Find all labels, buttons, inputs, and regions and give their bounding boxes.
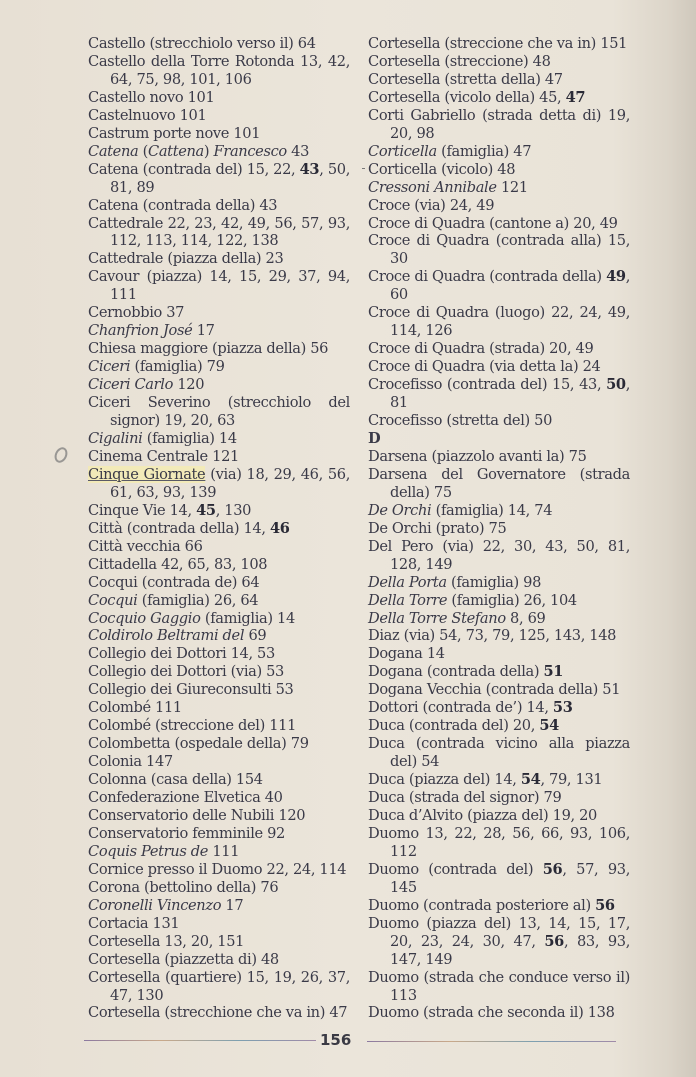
entry-text: (famiglia) 14 bbox=[142, 430, 236, 447]
main-page-reference: 50 bbox=[606, 376, 626, 393]
index-entry: Duca (contrada del) 20, 54 bbox=[368, 717, 630, 735]
index-entry: Del Pero (via) 22, 30, 43, 50, 81, 128, … bbox=[368, 538, 630, 574]
person-name: Cattena bbox=[148, 143, 204, 160]
index-entry: Colombé (streccione del) 111 bbox=[88, 717, 350, 735]
entry-text: Cinque Vie 14, bbox=[88, 502, 196, 519]
entry-text: Cortesella (stretta della) 47 bbox=[368, 71, 563, 88]
entry-text: Cattedrale 22, 23, 42, 49, 56, 57, 93, 1… bbox=[88, 215, 350, 250]
main-page-reference: 45 bbox=[196, 502, 216, 519]
entry-text: Collegio dei Dottori 14, 53 bbox=[88, 645, 275, 662]
index-entry: Cocquio Gaggio (famiglia) 14 bbox=[88, 610, 350, 628]
index-entry: Cocqui (famiglia) 26, 64 bbox=[88, 592, 350, 610]
index-entry: Corti Gabriello (strada detta di) 19, 20… bbox=[368, 107, 630, 143]
entry-text: Città (contrada della) 14, bbox=[88, 520, 270, 537]
entry-text: Del Pero (via) 22, 30, 43, 50, 81, 128, … bbox=[368, 538, 630, 573]
person-name: Corticella bbox=[368, 143, 437, 160]
entry-text: Cernobbio 37 bbox=[88, 304, 184, 321]
index-entry: Collegio dei Dottori (via) 53 bbox=[88, 663, 350, 681]
entry-text: Cortesella 13, 20, 151 bbox=[88, 933, 244, 950]
entry-text: Confederazione Elvetica 40 bbox=[88, 789, 283, 806]
page-number: 156 bbox=[320, 1031, 351, 1049]
entry-text: Croce di Quadra (via detta la) 24 bbox=[368, 358, 600, 375]
entry-text: Cortesella (piazzetta di) 48 bbox=[88, 951, 279, 968]
index-entry: Colombé 111 bbox=[88, 699, 350, 717]
index-entry: Della Torre Stefano 8, 69 bbox=[368, 610, 630, 628]
index-entry: Croce di Quadra (via detta la) 24 bbox=[368, 358, 630, 376]
index-entry: Diaz (via) 54, 73, 79, 125, 143, 148 bbox=[368, 627, 630, 645]
entry-text: Dogana 14 bbox=[368, 645, 445, 662]
entry-text: , 130 bbox=[216, 502, 251, 519]
index-entry: Croce di Quadra (contrada della) 49, 60 bbox=[368, 268, 630, 304]
entry-text: Duomo (strada che seconda il) 138 bbox=[368, 1004, 615, 1021]
entry-text: Duomo (strada che conduce verso il) 113 bbox=[368, 969, 630, 1004]
person-name: Francesco bbox=[214, 143, 287, 160]
index-entry: Cortacia 131 bbox=[88, 915, 350, 933]
person-name: Cressoni Annibale bbox=[368, 179, 497, 196]
index-entry: Cigalini (famiglia) 14 bbox=[88, 430, 350, 448]
entry-text: Cortesella (strecchione che va in) 47 bbox=[88, 1004, 347, 1021]
entry-text: (famiglia) 26, 104 bbox=[447, 592, 577, 609]
index-entry: Della Porta (famiglia) 98 bbox=[368, 574, 630, 592]
index-entry: Castrum porte nove 101 bbox=[88, 125, 350, 143]
entry-text: Corti Gabriello (strada detta di) 19, 20… bbox=[368, 107, 630, 142]
index-entry: Croce di Quadra (cantone a) 20, 49 bbox=[368, 215, 630, 233]
entry-text: Duomo (contrada posteriore al) bbox=[368, 897, 595, 914]
index-entry: Croce di Quadra (luogo) 22, 24, 49, 114,… bbox=[368, 304, 630, 340]
index-entry: Cornice presso il Duomo 22, 24, 114 bbox=[88, 861, 350, 879]
index-entry: De Orchi (prato) 75 bbox=[368, 520, 630, 538]
entry-text: Castello novo 101 bbox=[88, 89, 214, 106]
index-entry: Catena (contrada del) 15, 22, 43, 50, 81… bbox=[88, 161, 350, 197]
entry-text: Duca d’Alvito (piazza del) 19, 20 bbox=[368, 807, 597, 824]
entry-text: Corticella (vicolo) 48 bbox=[368, 161, 515, 178]
entry-text: Croce di Quadra (cantone a) 20, 49 bbox=[368, 215, 618, 232]
index-entry: Confederazione Elvetica 40 bbox=[88, 789, 350, 807]
index-entry: Dogana Vecchia (contrada della) 51 bbox=[368, 681, 630, 699]
entry-text: Colombé (streccione del) 111 bbox=[88, 717, 296, 734]
person-name: Cocquio Gaggio bbox=[88, 610, 201, 627]
entry-text: 17 bbox=[192, 322, 214, 339]
index-entry: Catena (contrada della) 43 bbox=[88, 197, 350, 215]
index-entry: Duca (contrada vicino alla piazza del) 5… bbox=[368, 735, 630, 771]
entry-text: Castello (strecchiolo verso il) 64 bbox=[88, 35, 316, 52]
index-entry: Duca d’Alvito (piazza del) 19, 20 bbox=[368, 807, 630, 825]
entry-text: Duca (strada del signor) 79 bbox=[368, 789, 561, 806]
index-entry: Corticella (famiglia) 47 bbox=[368, 143, 630, 161]
entry-text: (famiglia) 47 bbox=[437, 143, 531, 160]
index-entry: Corona (bettolino della) 76 bbox=[88, 879, 350, 897]
entry-text: Croce (via) 24, 49 bbox=[368, 197, 494, 214]
main-page-reference: 51 bbox=[544, 663, 564, 680]
entry-text: Ciceri Severino (strecchiolo del signor)… bbox=[88, 394, 350, 429]
entry-text: Conservatorio femminile 92 bbox=[88, 825, 285, 842]
index-entry: Corticella (vicolo) 48 bbox=[368, 161, 630, 179]
main-page-reference: 49 bbox=[606, 268, 626, 285]
entry-text: Castelnuovo 101 bbox=[88, 107, 206, 124]
person-name: Coquis Petrus de bbox=[88, 843, 208, 860]
entry-text: (famiglia) 26, 64 bbox=[137, 592, 258, 609]
index-entry: Conservatorio delle Nubili 120 bbox=[88, 807, 350, 825]
index-entry: Ciceri Severino (strecchiolo del signor)… bbox=[88, 394, 350, 430]
entry-text: , 79, 131 bbox=[540, 771, 602, 788]
index-entry: Cortesella (streccione che va in) 151 bbox=[368, 35, 630, 53]
index-entry: Cinque Giornate (via) 18, 29, 46, 56, 61… bbox=[88, 466, 350, 502]
index-entry: Cinema Centrale 121 bbox=[88, 448, 350, 466]
entry-text: Colonna (casa della) 154 bbox=[88, 771, 263, 788]
entry-text: Cocqui (contrada de) 64 bbox=[88, 574, 259, 591]
index-entry: Crocefisso (stretta del) 50 bbox=[368, 412, 630, 430]
index-entry: Cortesella (piazzetta di) 48 bbox=[88, 951, 350, 969]
entry-text: Duomo (contrada del) bbox=[368, 861, 543, 878]
entry-text: Dogana Vecchia (contrada della) 51 bbox=[368, 681, 620, 698]
main-page-reference: 47 bbox=[566, 89, 586, 106]
index-entry: Dogana 14 bbox=[368, 645, 630, 663]
entry-text: Cortesella (streccione che va in) 151 bbox=[368, 35, 627, 52]
entry-text: Collegio dei Giureconsulti 53 bbox=[88, 681, 294, 698]
entry-text: Cattedrale (piazza della) 23 bbox=[88, 250, 283, 267]
entry-text: Cortesella (streccione) 48 bbox=[368, 53, 551, 70]
entry-text: De Orchi (prato) 75 bbox=[368, 520, 506, 537]
entry-text: Chiesa maggiore (piazza della) 56 bbox=[88, 340, 328, 357]
index-entry: Cattedrale 22, 23, 42, 49, 56, 57, 93, 1… bbox=[88, 215, 350, 251]
index-entry: Duca (strada del signor) 79 bbox=[368, 789, 630, 807]
index-entry: Cortesella (quartiere) 15, 19, 26, 37, 4… bbox=[88, 969, 350, 1005]
footer-rule-right bbox=[367, 1041, 616, 1042]
index-entry: Città (contrada della) 14, 46 bbox=[88, 520, 350, 538]
entry-text: Colonia 147 bbox=[88, 753, 173, 770]
index-entry: Colonia 147 bbox=[88, 753, 350, 771]
stray-mark bbox=[362, 168, 365, 169]
index-entry: Coronelli Vincenzo 17 bbox=[88, 897, 350, 915]
main-page-reference: 54 bbox=[521, 771, 541, 788]
main-page-reference: 56 bbox=[595, 897, 615, 914]
index-entry: Crocefisso (contrada del) 15, 43, 50, 81 bbox=[368, 376, 630, 412]
person-name: Cocqui bbox=[88, 592, 137, 609]
entry-text: Crocefisso (stretta del) 50 bbox=[368, 412, 552, 429]
index-entry: Conservatorio femminile 92 bbox=[88, 825, 350, 843]
entry-text: Cortesella (vicolo della) 45, bbox=[368, 89, 566, 106]
entry-text: 121 bbox=[497, 179, 528, 196]
entry-text: Cavour (piazza) 14, 15, 29, 37, 94, 111 bbox=[88, 268, 350, 303]
entry-text: Croce di Quadra (contrada alla) 15, 30 bbox=[368, 232, 630, 267]
entry-text: Cinema Centrale 121 bbox=[88, 448, 239, 465]
index-entry: Coquis Petrus de 111 bbox=[88, 843, 350, 861]
footer-rule-left bbox=[84, 1040, 316, 1041]
index-entry: Ciceri Carlo 120 bbox=[88, 376, 350, 394]
entry-text: 69 bbox=[244, 627, 266, 644]
entry-text: Dogana (contrada della) bbox=[368, 663, 544, 680]
index-entry: Cressoni Annibale 121 bbox=[368, 179, 630, 197]
index-entry: Chiesa maggiore (piazza della) 56 bbox=[88, 340, 350, 358]
index-entry: Collegio dei Giureconsulti 53 bbox=[88, 681, 350, 699]
entry-text: (famiglia) 98 bbox=[447, 574, 541, 591]
person-name: Cigalini bbox=[88, 430, 142, 447]
entry-text: (famiglia) 14 bbox=[201, 610, 295, 627]
index-entry: Duomo (strada che seconda il) 138 bbox=[368, 1004, 630, 1022]
entry-text: Castello della Torre Rotonda 13, 42, 64,… bbox=[88, 53, 350, 88]
index-entry: Città vecchia 66 bbox=[88, 538, 350, 556]
index-entry: Croce di Quadra (contrada alla) 15, 30 bbox=[368, 232, 630, 268]
entry-text: 111 bbox=[208, 843, 239, 860]
person-name: Coronelli Vincenzo bbox=[88, 897, 221, 914]
entry-text: Dottori (contrada de’) 14, bbox=[368, 699, 553, 716]
index-entry: Cortesella 13, 20, 151 bbox=[88, 933, 350, 951]
entry-text: ) bbox=[204, 143, 214, 160]
index-entry: Ciceri (famiglia) 79 bbox=[88, 358, 350, 376]
entry-text: Duca (contrada del) 20, bbox=[368, 717, 539, 734]
index-entry: Duomo (contrada posteriore al) 56 bbox=[368, 897, 630, 915]
index-entry: Cortesella (streccione) 48 bbox=[368, 53, 630, 71]
entry-text: Duomo 13, 22, 28, 56, 66, 93, 106, 112 bbox=[368, 825, 630, 860]
main-page-reference: 56 bbox=[544, 933, 564, 950]
index-entry: Duomo (strada che conduce verso il) 113 bbox=[368, 969, 630, 1005]
index-entry: Castello novo 101 bbox=[88, 89, 350, 107]
main-page-reference: 53 bbox=[553, 699, 573, 716]
person-name: Della Torre Stefano bbox=[368, 610, 506, 627]
entry-text: Cinque Giornate bbox=[88, 466, 205, 483]
entry-text: Crocefisso (contrada del) 15, 43, bbox=[368, 376, 606, 393]
index-entry: Dogana (contrada della) 51 bbox=[368, 663, 630, 681]
entry-text: 8, 69 bbox=[506, 610, 546, 627]
index-entry: Collegio dei Dottori 14, 53 bbox=[88, 645, 350, 663]
entry-text: Conservatorio delle Nubili 120 bbox=[88, 807, 305, 824]
entry-text: (famiglia) 79 bbox=[130, 358, 224, 375]
index-entry: De Orchi (famiglia) 14, 74 bbox=[368, 502, 630, 520]
entry-text: 120 bbox=[173, 376, 204, 393]
index-entry: Darsena del Governatore (strada della) 7… bbox=[368, 466, 630, 502]
index-entry: Castello della Torre Rotonda 13, 42, 64,… bbox=[88, 53, 350, 89]
entry-text: Cornice presso il Duomo 22, 24, 114 bbox=[88, 861, 346, 878]
person-name: Catena bbox=[88, 143, 138, 160]
person-name: Ciceri Carlo bbox=[88, 376, 173, 393]
entry-text: 17 bbox=[221, 897, 243, 914]
entry-text: ( bbox=[138, 143, 148, 160]
index-entry: Darsena (piazzolo avanti la) 75 bbox=[368, 448, 630, 466]
entry-text: Croce di Quadra (contrada della) bbox=[368, 268, 606, 285]
entry-text: Duca (contrada vicino alla piazza del) 5… bbox=[368, 735, 630, 770]
index-entry: Colombetta (ospedale della) 79 bbox=[88, 735, 350, 753]
index-column-right: Cortesella (streccione che va in) 151Cor… bbox=[368, 35, 630, 1022]
index-entry: Cittadella 42, 65, 83, 108 bbox=[88, 556, 350, 574]
index-entry: Catena (Cattena) Francesco 43 bbox=[88, 143, 350, 161]
entry-text: Diaz (via) 54, 73, 79, 125, 143, 148 bbox=[368, 627, 616, 644]
index-entry: Cinque Vie 14, 45, 130 bbox=[88, 502, 350, 520]
entry-text: D bbox=[368, 430, 380, 447]
index-entry: Castelnuovo 101 bbox=[88, 107, 350, 125]
index-entry: Croce di Quadra (strada) 20, 49 bbox=[368, 340, 630, 358]
person-name: Chanfrion José bbox=[88, 322, 192, 339]
pencil-annotation-mark bbox=[52, 445, 70, 465]
person-name: Della Torre bbox=[368, 592, 447, 609]
entry-text: Colombetta (ospedale della) 79 bbox=[88, 735, 309, 752]
entry-text: Darsena del Governatore (strada della) 7… bbox=[368, 466, 630, 501]
entry-text: Catena (contrada della) 43 bbox=[88, 197, 277, 214]
main-page-reference: 54 bbox=[539, 717, 559, 734]
index-page: Castello (strecchiolo verso il) 64Castel… bbox=[0, 0, 696, 1077]
main-page-reference: 46 bbox=[270, 520, 290, 537]
index-entry: Cattedrale (piazza della) 23 bbox=[88, 250, 350, 268]
index-entry: Cernobbio 37 bbox=[88, 304, 350, 322]
entry-text: Corona (bettolino della) 76 bbox=[88, 879, 278, 896]
index-entry: Cortesella (stretta della) 47 bbox=[368, 71, 630, 89]
entry-text: (famiglia) 14, 74 bbox=[431, 502, 552, 519]
index-entry: Dottori (contrada de’) 14, 53 bbox=[368, 699, 630, 717]
entry-text: Cortesella (quartiere) 15, 19, 26, 37, 4… bbox=[88, 969, 350, 1004]
person-name: Ciceri bbox=[88, 358, 130, 375]
entry-text: Croce di Quadra (luogo) 22, 24, 49, 114,… bbox=[368, 304, 630, 339]
index-entry: Chanfrion José 17 bbox=[88, 322, 350, 340]
main-page-reference: 43 bbox=[300, 161, 320, 178]
index-entry: Duomo 13, 22, 28, 56, 66, 93, 106, 112 bbox=[368, 825, 630, 861]
index-entry: Coldirolo Beltrami del 69 bbox=[88, 627, 350, 645]
entry-text: Colombé 111 bbox=[88, 699, 182, 716]
entry-text: Castrum porte nove 101 bbox=[88, 125, 260, 142]
entry-text: Cortacia 131 bbox=[88, 915, 179, 932]
index-section-letter: D bbox=[368, 430, 630, 448]
entry-text: Collegio dei Dottori (via) 53 bbox=[88, 663, 284, 680]
index-column-left: Castello (strecchiolo verso il) 64Castel… bbox=[88, 35, 350, 1022]
index-entry: Della Torre (famiglia) 26, 104 bbox=[368, 592, 630, 610]
main-page-reference: 56 bbox=[543, 861, 563, 878]
entry-text: Croce di Quadra (strada) 20, 49 bbox=[368, 340, 593, 357]
person-name: Coldirolo Beltrami del bbox=[88, 627, 244, 644]
index-entry: Castello (strecchiolo verso il) 64 bbox=[88, 35, 350, 53]
entry-text: Cittadella 42, 65, 83, 108 bbox=[88, 556, 267, 573]
entry-text: Darsena (piazzolo avanti la) 75 bbox=[368, 448, 587, 465]
index-entry: Cortesella (vicolo della) 45, 47 bbox=[368, 89, 630, 107]
index-entry: Duomo (contrada del) 56, 57, 93, 145 bbox=[368, 861, 630, 897]
entry-text: Catena (contrada del) 15, 22, bbox=[88, 161, 300, 178]
index-entry: Cortesella (strecchione che va in) 47 bbox=[88, 1004, 350, 1022]
index-entry: Cavour (piazza) 14, 15, 29, 37, 94, 111 bbox=[88, 268, 350, 304]
index-entry: Duca (piazza del) 14, 54, 79, 131 bbox=[368, 771, 630, 789]
index-entry: Croce (via) 24, 49 bbox=[368, 197, 630, 215]
index-entry: Colonna (casa della) 154 bbox=[88, 771, 350, 789]
entry-text: Città vecchia 66 bbox=[88, 538, 203, 555]
person-name: Della Porta bbox=[368, 574, 447, 591]
index-entry: Cocqui (contrada de) 64 bbox=[88, 574, 350, 592]
entry-text: 43 bbox=[287, 143, 309, 160]
page-footer: 156 bbox=[84, 1029, 616, 1053]
person-name: De Orchi bbox=[368, 502, 431, 519]
index-entry: Duomo (piazza del) 13, 14, 15, 17, 20, 2… bbox=[368, 915, 630, 969]
entry-text: Duca (piazza del) 14, bbox=[368, 771, 521, 788]
